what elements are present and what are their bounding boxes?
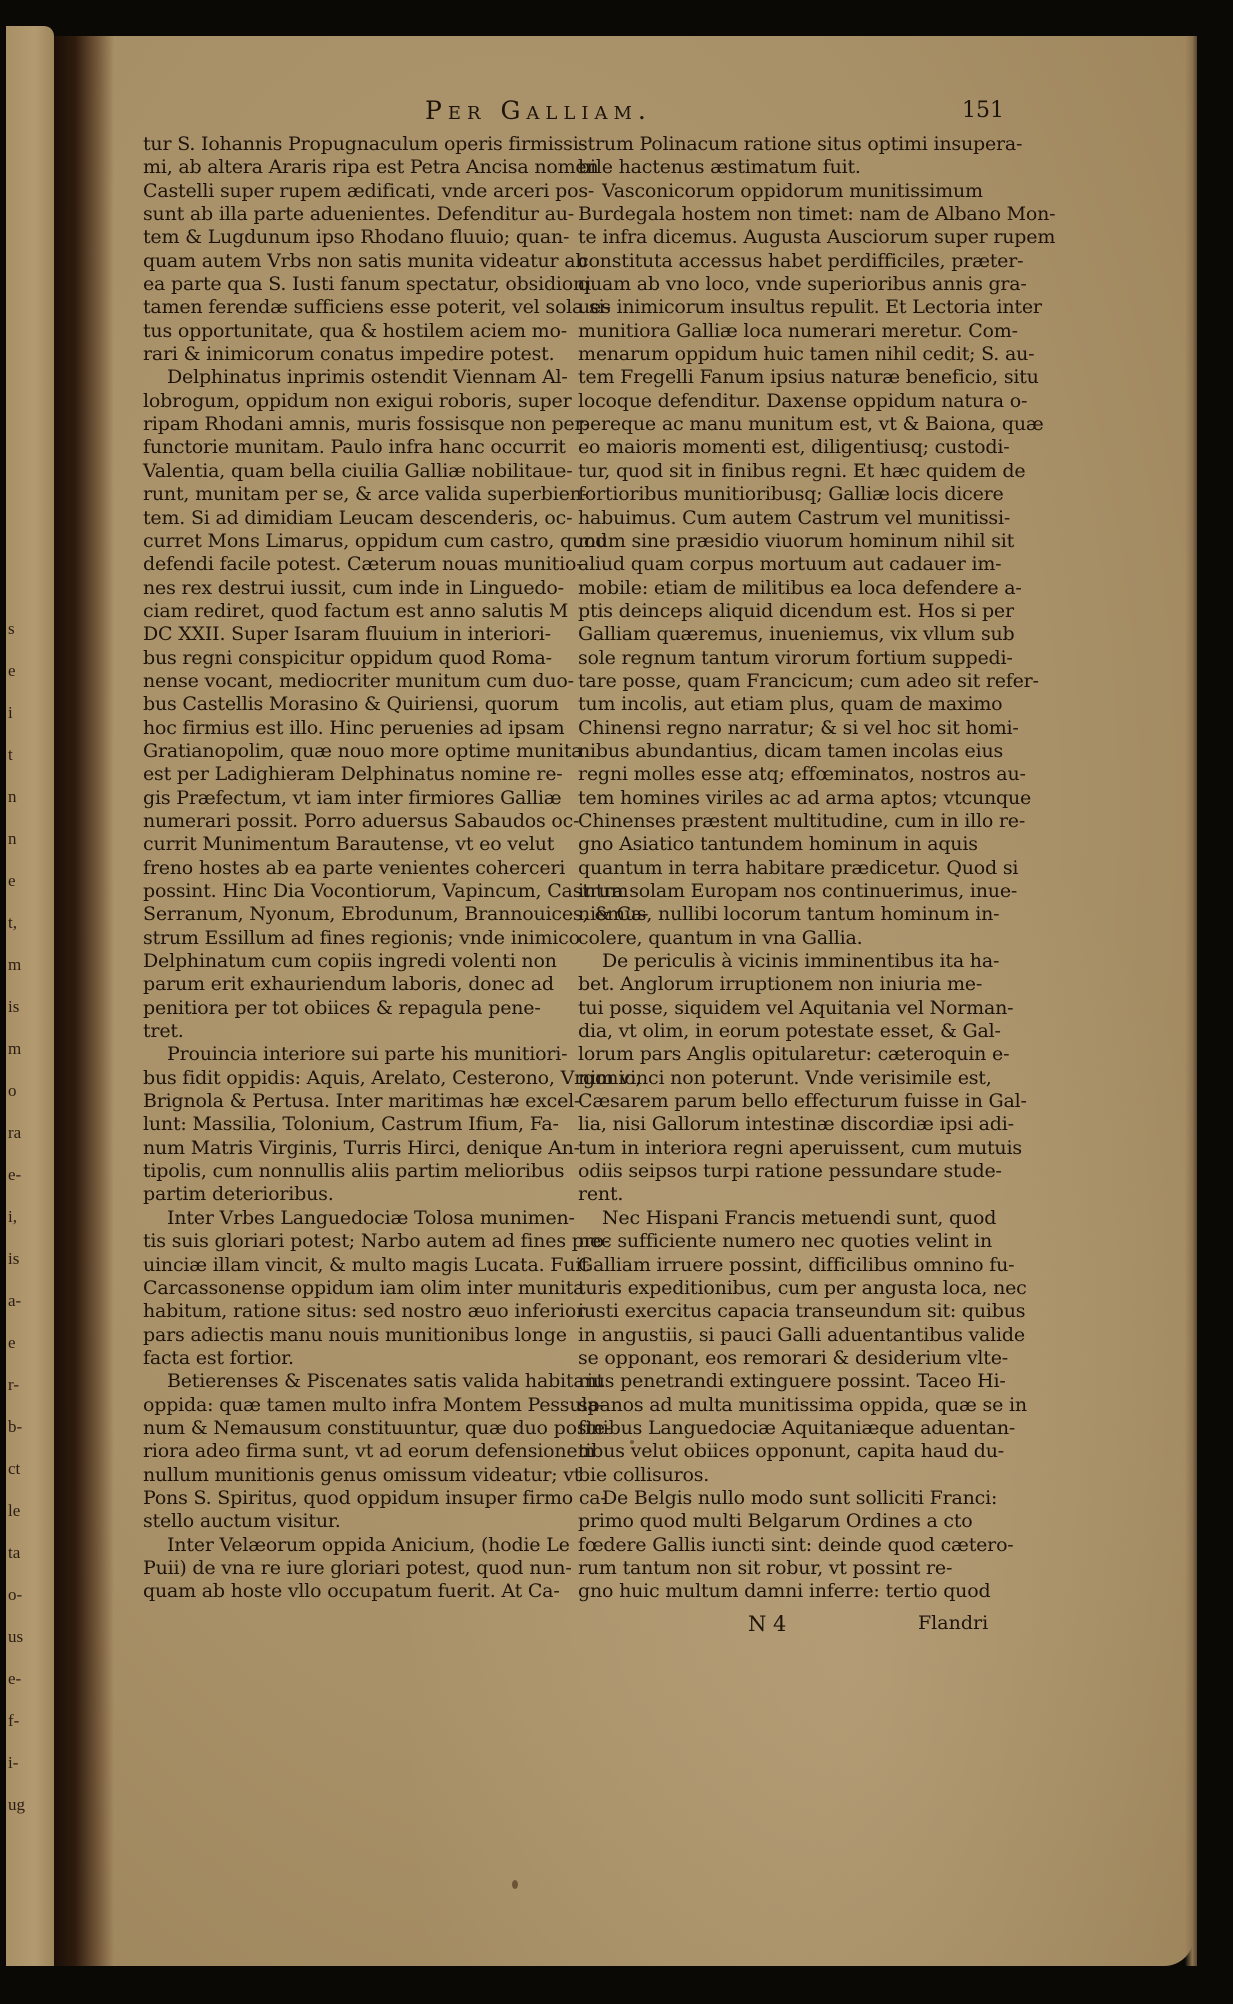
gutter-shadow (54, 36, 114, 1966)
text-line: odiis seipsos turpi ratione pessundare s… (578, 1160, 978, 1183)
text-line: primo quod multi Belgarum Ordines a cto (578, 1510, 978, 1533)
text-line: facta est fortior. (143, 1347, 553, 1370)
text-line: quantum in terra habitare prædicetur. Qu… (578, 857, 978, 880)
left-text-column: tur S. Iohannis Propugnaculum operis fir… (143, 133, 553, 1604)
facing-page-fragment: t, (8, 914, 17, 931)
text-line: ues inimicorum insultus repulit. Et Lect… (578, 296, 978, 319)
text-line: menarum oppidum huic tamen nihil cedit; … (578, 343, 978, 366)
text-line: riora adeo firma sunt, vt ad eorum defen… (143, 1440, 553, 1463)
text-line: Galliam irruere possint, difficilibus om… (578, 1254, 978, 1277)
text-line: rari & inimicorum conatus impedire potes… (143, 343, 553, 366)
text-line: Nec Hispani Francis metuendi sunt, quod (578, 1207, 978, 1230)
text-line: stello auctum visitur. (143, 1510, 553, 1533)
facing-page-fragment: i, (8, 1208, 17, 1225)
text-line: Burdegala hostem non timet: nam de Alban… (578, 203, 978, 226)
text-line: tui posse, siquidem vel Aquitania vel No… (578, 997, 978, 1020)
text-line: penitiora per tot obiices & repagula pen… (143, 997, 553, 1020)
facing-page-fragment: r- (8, 1376, 19, 1393)
text-line: niemus, nullibi locorum tantum hominum i… (578, 903, 978, 926)
text-line: bile hactenus æstimatum fuit. (578, 156, 978, 179)
text-line: iusti exercitus capacia transeundum sit:… (578, 1300, 978, 1323)
text-line: tur S. Iohannis Propugnaculum operis fir… (143, 133, 553, 156)
text-line: tem homines viriles ac ad arma aptos; vt… (578, 787, 978, 810)
text-line: numerari possit. Porro aduersus Sabaudos… (143, 810, 553, 833)
text-line: quam autem Vrbs non satis munita videatu… (143, 250, 553, 273)
text-line: spanos ad multa munitissima oppida, quæ … (578, 1394, 978, 1417)
text-line: possint. Hinc Dia Vocontiorum, Vapincum,… (143, 880, 553, 903)
text-line: Inter Vrbes Languedociæ Tolosa munimen- (143, 1207, 553, 1230)
text-line: tum incolis, aut etiam plus, quam de max… (578, 693, 978, 716)
text-line: regni molles esse atq; effœminatos, nost… (578, 763, 978, 786)
facing-page-fragment: m (8, 956, 21, 973)
text-line: ea parte qua S. Iusti fanum spectatur, o… (143, 273, 553, 296)
running-header: Per Galliam. 151 (0, 96, 1233, 126)
right-text-column: strum Polinacum ratione situs optimi ins… (578, 133, 978, 1604)
text-line: tipolis, cum nonnullis aliis partim meli… (143, 1160, 553, 1183)
ink-spot (512, 1880, 518, 1889)
text-line: lobrogum, oppidum non exigui roboris, su… (143, 390, 553, 413)
text-line: bus Castellis Morasino & Quiriensi, quor… (143, 693, 553, 716)
text-line: turis expeditionibus, cum per angusta lo… (578, 1277, 978, 1300)
facing-page-fragment: is (8, 1250, 19, 1267)
text-line: mobile: etiam de militibus ea loca defen… (578, 577, 978, 600)
text-line: Betierenses & Piscenates satis valida ha… (143, 1370, 553, 1393)
text-line: mi, ab altera Araris ripa est Petra Anci… (143, 156, 553, 179)
facing-page-fragment: e (8, 662, 16, 679)
text-line: bus regni conspicitur oppidum quod Roma- (143, 647, 553, 670)
text-line: Chinenses præstent multitudine, cum in i… (578, 810, 978, 833)
facing-page-fragment: o- (8, 1586, 22, 1603)
text-line: tibus velut obiices opponunt, capita hau… (578, 1440, 978, 1463)
text-line: nes rex destrui iussit, cum inde in Ling… (143, 577, 553, 600)
text-line: Gratianopolim, quæ nouo more optime muni… (143, 740, 553, 763)
text-line: lia, nisi Gallorum intestinæ discordiæ i… (578, 1113, 978, 1136)
facing-page-fragment: e- (8, 1166, 21, 1183)
text-line: aliud quam corpus mortuum aut cadauer im… (578, 553, 978, 576)
text-line: nibus abundantius, dicam tamen incolas e… (578, 740, 978, 763)
catchword: Flandri (918, 1612, 988, 1634)
text-line: in angustiis, si pauci Galli aduentantib… (578, 1324, 978, 1347)
text-line: lorum pars Anglis opitularetur: cæteroqu… (578, 1043, 978, 1066)
text-line: tem Fregelli Fanum ipsius naturæ benefic… (578, 366, 978, 389)
text-line: curret Mons Limarus, oppidum cum castro,… (143, 530, 553, 553)
text-line: pars adiectis manu nouis munitionibus lo… (143, 1324, 553, 1347)
text-line: tum in interiora regni aperuissent, cum … (578, 1137, 978, 1160)
text-line: habuimus. Cum autem Castrum vel munitiss… (578, 507, 978, 530)
facing-page-fragment: t (8, 746, 13, 763)
text-line: bet. Anglorum irruptionem non iniuria me… (578, 973, 978, 996)
facing-page-fragment: a- (8, 1292, 21, 1309)
text-line: Prouincia interiore sui parte his muniti… (143, 1043, 553, 1066)
text-line: quam ab vno loco, vnde superioribus anni… (578, 273, 978, 296)
facing-page-fragment: ct (8, 1460, 20, 1477)
signature-mark: N 4 (748, 1612, 786, 1636)
facing-page-fragment: le (8, 1502, 20, 1519)
text-line: tus opportunitate, qua & hostilem aciem … (143, 320, 553, 343)
text-line: bus fidit oppidis: Aquis, Arelato, Ceste… (143, 1067, 553, 1090)
page-footer: N 4 Flandri (0, 1612, 1233, 1642)
text-line: currit Munimentum Barautense, vt eo velu… (143, 833, 553, 856)
facing-page-fragment: b- (8, 1418, 22, 1435)
facing-page-edge: seitnnet,mismorae-i,isa-er-b-ctletao-use… (6, 26, 54, 1966)
running-title: Per Galliam. (425, 96, 652, 125)
text-line: strum Polinacum ratione situs optimi ins… (578, 133, 978, 156)
text-line: se opponant, eos remorari & desiderium v… (578, 1347, 978, 1370)
facing-page-fragment: ug (8, 1796, 25, 1813)
text-line: nec sufficiente numero nec quoties velin… (578, 1230, 978, 1253)
text-line: Inter Velæorum oppida Anicium, (hodie Le (143, 1534, 553, 1557)
text-line: Puii) de vna re iure gloriari potest, qu… (143, 1557, 553, 1580)
text-line: Castelli super rupem ædificati, vnde arc… (143, 180, 553, 203)
text-line: Delphinatum cum copiis ingredi volenti n… (143, 950, 553, 973)
text-line: Vasconicorum oppidorum munitissimum (578, 180, 978, 203)
text-line: num & Nemausum constituuntur, quæ duo po… (143, 1417, 553, 1440)
text-line: fœdere Gallis iuncti sint: deinde quod c… (578, 1534, 978, 1557)
text-line: ripam Rhodani amnis, muris fossisque non… (143, 413, 553, 436)
text-line: gno huic multum damni inferre: tertio qu… (578, 1580, 978, 1603)
text-line: num Matris Virginis, Turris Hirci, deniq… (143, 1137, 553, 1160)
facing-page-fragment: o (8, 1082, 17, 1099)
text-line: Carcassonense oppidum iam olim inter mun… (143, 1277, 553, 1300)
text-line: partim deterioribus. (143, 1183, 553, 1206)
facing-page-fragment: is (8, 998, 19, 1015)
text-line: bie collisuros. (578, 1464, 978, 1487)
text-line: te infra dicemus. Augusta Ausciorum supe… (578, 226, 978, 249)
facing-page-fragment: i- (8, 1754, 18, 1771)
text-line: Galliam quæremus, inueniemus, vix vllum … (578, 623, 978, 646)
text-line: Brignola & Pertusa. Inter maritimas hæ e… (143, 1090, 553, 1113)
text-line: DC XXII. Super Isaram fluuium in interio… (143, 623, 553, 646)
text-line: tem. Si ad dimidiam Leucam descenderis, … (143, 507, 553, 530)
text-line: dia, vt olim, in eorum potestate esset, … (578, 1020, 978, 1043)
text-line: nense vocant, mediocriter munitum cum du… (143, 670, 553, 693)
text-line: eo maioris momenti est, diligentiusq; cu… (578, 436, 978, 459)
text-line: est per Ladighieram Delphinatus nomine r… (143, 763, 553, 786)
text-line: nullum munitionis genus omissum videatur… (143, 1464, 553, 1487)
text-line: colere, quantum in vna Gallia. (578, 927, 978, 950)
text-line: pereque ac manu munitum est, vt & Baiona… (578, 413, 978, 436)
text-line: constituta accessus habet perdifficiles,… (578, 250, 978, 273)
text-line: tem & Lugdunum ipso Rhodano fluuio; quan… (143, 226, 553, 249)
text-line: gno Asiatico tantundem hominum in aquis (578, 833, 978, 856)
facing-page-fragment: s (8, 620, 15, 637)
text-line: De Belgis nullo modo sunt solliciti Fran… (578, 1487, 978, 1510)
text-line: rent. (578, 1183, 978, 1206)
text-line: Valentia, quam bella ciuilia Galliæ nobi… (143, 460, 553, 483)
text-line: gis Præfectum, vt iam inter firmiores Ga… (143, 787, 553, 810)
facing-page-fragment: i (8, 704, 13, 721)
text-line: freno hostes ab ea parte venientes coher… (143, 857, 553, 880)
text-line: runt, munitam per se, & arce valida supe… (143, 483, 553, 506)
text-line: tret. (143, 1020, 553, 1043)
text-line: uinciæ illam vincit, & multo magis Lucat… (143, 1254, 553, 1277)
facing-page-fragment: f- (8, 1712, 19, 1729)
text-line: functorie munitam. Paulo infra hanc occu… (143, 436, 553, 459)
text-line: rum tantum non sit robur, vt possint re- (578, 1557, 978, 1580)
facing-page-fragment: ta (8, 1544, 20, 1561)
text-line: munitiora Galliæ loca numerari meretur. … (578, 320, 978, 343)
text-line: parum erit exhauriendum laboris, donec a… (143, 973, 553, 996)
text-line: oppida: quæ tamen multo infra Montem Pes… (143, 1394, 553, 1417)
text-line: De periculis à vicinis imminentibus ita … (578, 950, 978, 973)
text-line: nim vinci non poterunt. Vnde verisimile … (578, 1067, 978, 1090)
text-line: strum Essillum ad fines regionis; vnde i… (143, 927, 553, 950)
text-line: mum sine præsidio viuorum hominum nihil … (578, 530, 978, 553)
facing-page-fragment: e (8, 872, 16, 889)
text-line: locoque defenditur. Daxense oppidum natu… (578, 390, 978, 413)
text-line: sunt ab illa parte aduenientes. Defendit… (143, 203, 553, 226)
text-line: Chinensi regno narratur; & si vel hoc si… (578, 717, 978, 740)
text-line: tur, quod sit in finibus regni. Et hæc q… (578, 460, 978, 483)
text-line: Serranum, Nyonum, Ebrodunum, Brannouices… (143, 903, 553, 926)
text-line: ciam rediret, quod factum est anno salut… (143, 600, 553, 623)
text-line: defendi facile potest. Cæterum nouas mun… (143, 553, 553, 576)
facing-page-fragment: e (8, 1334, 16, 1351)
facing-page-fragment: n (8, 788, 17, 805)
text-line: Pons S. Spiritus, quod oppidum insuper f… (143, 1487, 553, 1510)
text-line: finibus Languedociæ Aquitaniæque aduenta… (578, 1417, 978, 1440)
text-line: tamen ferendæ sufficiens esse poterit, v… (143, 296, 553, 319)
page-number: 151 (962, 98, 1004, 123)
text-line: tis suis gloriari potest; Narbo autem ad… (143, 1230, 553, 1253)
text-line: tare posse, quam Francicum; cum adeo sit… (578, 670, 978, 693)
text-line: hoc firmius est illo. Hinc peruenies ad … (143, 717, 553, 740)
text-line: quam ab hoste vllo occupatum fuerit. At … (143, 1580, 553, 1603)
facing-page-fragment: e- (8, 1670, 21, 1687)
text-line: fortioribus munitioribusq; Galliæ locis … (578, 483, 978, 506)
facing-page-fragment: n (8, 830, 17, 847)
text-line: habitum, ratione situs: sed nostro æuo i… (143, 1300, 553, 1323)
text-line: Cæsarem parum bello effecturum fuisse in… (578, 1090, 978, 1113)
text-line: lunt: Massilia, Tolonium, Castrum Ifium,… (143, 1113, 553, 1136)
text-line: rius penetrandi extinguere possint. Tace… (578, 1370, 978, 1393)
facing-page-fragment: ra (8, 1124, 21, 1141)
text-line: Delphinatus inprimis ostendit Viennam Al… (143, 366, 553, 389)
text-line: sole regnum tantum virorum fortium suppe… (578, 647, 978, 670)
text-line: ptis deinceps aliquid dicendum est. Hos … (578, 600, 978, 623)
facing-page-fragment: m (8, 1040, 21, 1057)
page-fore-edge (1185, 36, 1197, 1966)
text-line: intra solam Europam nos continuerimus, i… (578, 880, 978, 903)
